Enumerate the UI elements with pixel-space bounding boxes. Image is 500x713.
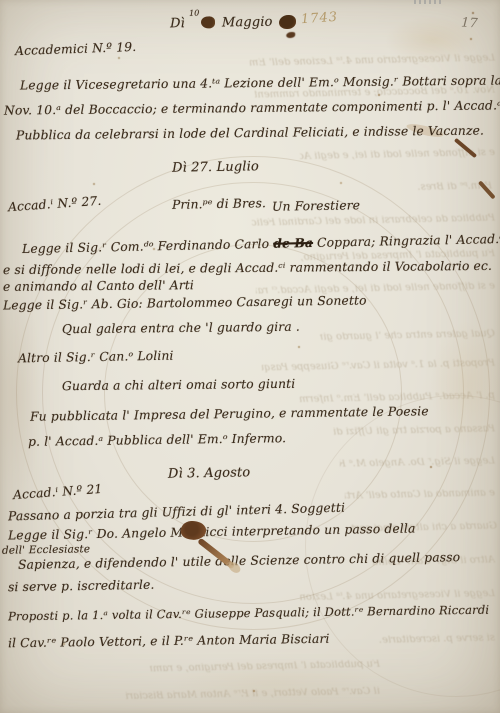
verse-line-2: Guarda a chi alteri omai sorto giunti — [62, 377, 295, 394]
ink-stroke — [478, 180, 495, 199]
ink-stroke — [454, 138, 477, 158]
maggio-line-3: Pubblica da celebrarsi in lode del Cardi… — [16, 124, 484, 144]
agosto-line-1: Passano a porzia tra gli Uffizi di gl' i… — [8, 501, 345, 525]
agosto-line-4: si serve p. iscreditarle. — [8, 578, 155, 595]
session-topic: Un Forestiere — [272, 198, 360, 214]
struck-out-text: de Ba — [273, 235, 313, 251]
date-day-number: 10 — [189, 9, 200, 18]
paper-stain — [0, 290, 43, 500]
agosto-line-2: Legge il Sig.ʳ Do. Angelo M.ᵃ Ricci inte… — [8, 521, 416, 543]
date-heading-maggio: Dì 10 Maggio — [170, 13, 296, 32]
paper-speck-field — [0, 0, 2, 2]
year-note: 1743 — [301, 10, 339, 28]
date-day-prefix: Dì — [170, 16, 185, 31]
attendance-agosto: Accad.ⁱ N.º 21 — [13, 482, 103, 503]
maggio-line-2: Nov. 10.ᵃ del Boccaccio; e terminando ra… — [4, 98, 500, 118]
president-label: Prin.ᵖᵉ di Bres. — [172, 196, 266, 212]
legge-post: Coppara; Ringrazia l' Accad.ᵃ — [317, 232, 500, 250]
ink-blot-maggio — [279, 15, 296, 29]
proposed-line-2: il Cav.ʳᵉ Paolo Vettori, e il P.ʳᵉ Anton… — [8, 632, 330, 651]
folio-number: 17 — [461, 16, 479, 32]
proposed-line-1: Proposti p. la 1.ᵃ volta il Cav.ʳᵉ Giuse… — [8, 604, 489, 625]
date-heading-luglio: Dì 27. Luglio — [172, 159, 259, 176]
luglio-line-2: e si diffonde nelle lodi di lei, e degli… — [3, 259, 492, 278]
date-strike-blot — [201, 17, 215, 29]
manuscript-page: Legge il Vicesegretario una 4.ᵗᵃ Lezione… — [0, 0, 500, 713]
paper-stain — [430, 320, 500, 450]
agosto-insert-line: dell' Ecclesiaste — [2, 543, 90, 557]
attendance-maggio: Accademici N.º 19. — [15, 40, 137, 59]
date-heading-agosto: Dì 3. Agosto — [168, 465, 251, 482]
edge-stamp-mark — [414, 0, 442, 4]
stamp-ring-offset — [305, 395, 500, 697]
verse-line-1: Qual galera entra che 'l guardo gira . — [62, 320, 300, 337]
impresa-line-2: p. l' Accad.ᵃ Pubblica dell' Em.ᵒ Inferm… — [28, 431, 286, 449]
maggio-line-1: Legge il Vicesegretario una 4.ᵗᵃ Lezione… — [20, 73, 500, 93]
paper-stain — [170, 655, 380, 710]
altro-line: Altro il Sig.ʳ Can.ᵒ Lolini — [18, 349, 174, 366]
date-month: Maggio — [222, 15, 273, 31]
attendance-luglio: Accad.ⁱ N.º 27. — [8, 194, 102, 215]
legge-pre: Legge il Sig.ʳ Com.ᵈᵒ Ferdinando Carlo — [22, 237, 269, 256]
impresa-line-1: Fu pubblicata l' Impresa del Perugino, e… — [30, 404, 429, 424]
luglio-sonetto-line: Legge il Sig.ʳ Ab. Gio: Bartolommeo Casa… — [3, 293, 367, 313]
luglio-line-3: e animando al Canto dell' Arti — [3, 278, 194, 294]
luglio-legge-line: Legge il Sig.ʳ Com.ᵈᵒ Ferdinando Carlode… — [22, 232, 500, 257]
